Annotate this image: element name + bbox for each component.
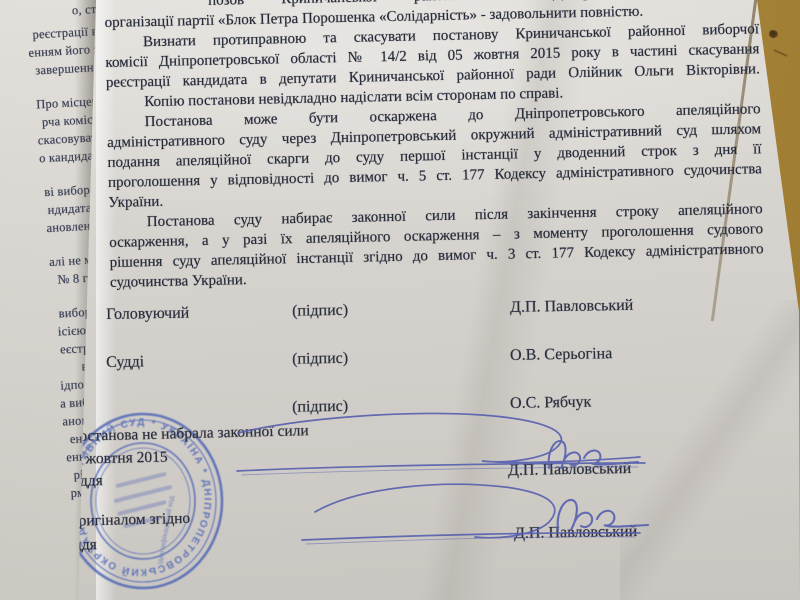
signer-name: Д.П. Павловський xyxy=(510,296,706,317)
signer-role: Судді xyxy=(106,351,292,372)
signature-row: Головуючий (підпис) Д.П. Павловський xyxy=(106,296,706,324)
signer-name: О.В. Серьогіна xyxy=(510,344,706,365)
signature-placeholder: (підпис) xyxy=(292,299,510,321)
signature-row: Судді (підпис) О.В. Серьогіна xyxy=(106,344,706,372)
photo-of-court-document: о, ст реєстрації в енням його з завершен… xyxy=(0,0,800,600)
table-scratch xyxy=(773,49,788,57)
signer-role: Головуючий xyxy=(106,303,292,324)
signature-ink xyxy=(220,400,680,560)
document-body: позов Криничанської районної в Дніпропет… xyxy=(104,0,764,293)
debris-speck xyxy=(769,30,778,38)
document-page: АДМІНІСТРАТИВНИЙ СУД * УКРАЇНА * ДНІПРОП… xyxy=(0,0,800,600)
signature-placeholder: (підпис) xyxy=(292,347,510,369)
